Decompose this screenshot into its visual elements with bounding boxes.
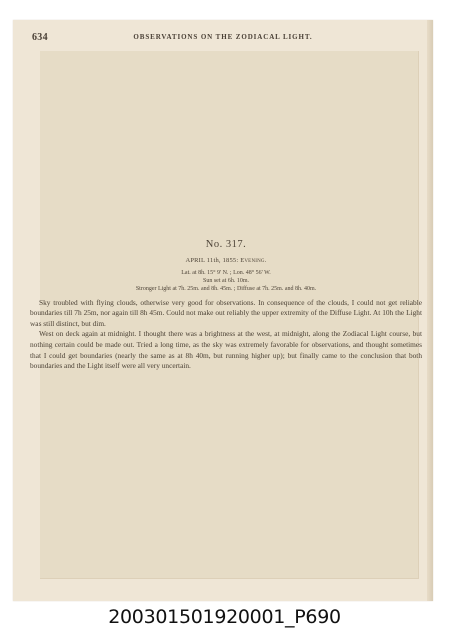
meta-sunset: Sun set at 6h. 10m. xyxy=(30,277,422,285)
body-paragraph: West on deck again at midnight. I though… xyxy=(30,329,422,371)
entry-meta: Lat. at 8h. 15° 9' N. ; Lon. 48° 56' W. … xyxy=(30,269,422,294)
running-head: 634 OBSERVATIONS ON THE ZODIACAL LIGHT. xyxy=(13,32,433,46)
entry-number: No. 317. xyxy=(30,239,422,250)
observation-entry: No. 317. APRIL 11th, 1855: Evening. Lat.… xyxy=(30,239,422,372)
entry-body: Sky troubled with flying clouds, otherwi… xyxy=(30,298,422,372)
entry-date-period: Evening. xyxy=(240,257,266,264)
scanned-page: 634 OBSERVATIONS ON THE ZODIACAL LIGHT. … xyxy=(13,20,433,601)
meta-position: Lat. at 8h. 15° 9' N. ; Lon. 48° 56' W. xyxy=(30,269,422,277)
entry-date-text: APRIL 11th, 1855: xyxy=(185,257,238,264)
meta-light-times: Stronger Light at 7h. 25m. and 8h. 45m. … xyxy=(30,285,422,293)
image-caption: 200301501920001_P690 xyxy=(0,606,449,628)
running-title: OBSERVATIONS ON THE ZODIACAL LIGHT. xyxy=(13,33,433,41)
page-edge-shadow xyxy=(427,20,433,601)
body-paragraph: Sky troubled with flying clouds, otherwi… xyxy=(30,298,422,330)
entry-date: APRIL 11th, 1855: Evening. xyxy=(30,257,422,264)
